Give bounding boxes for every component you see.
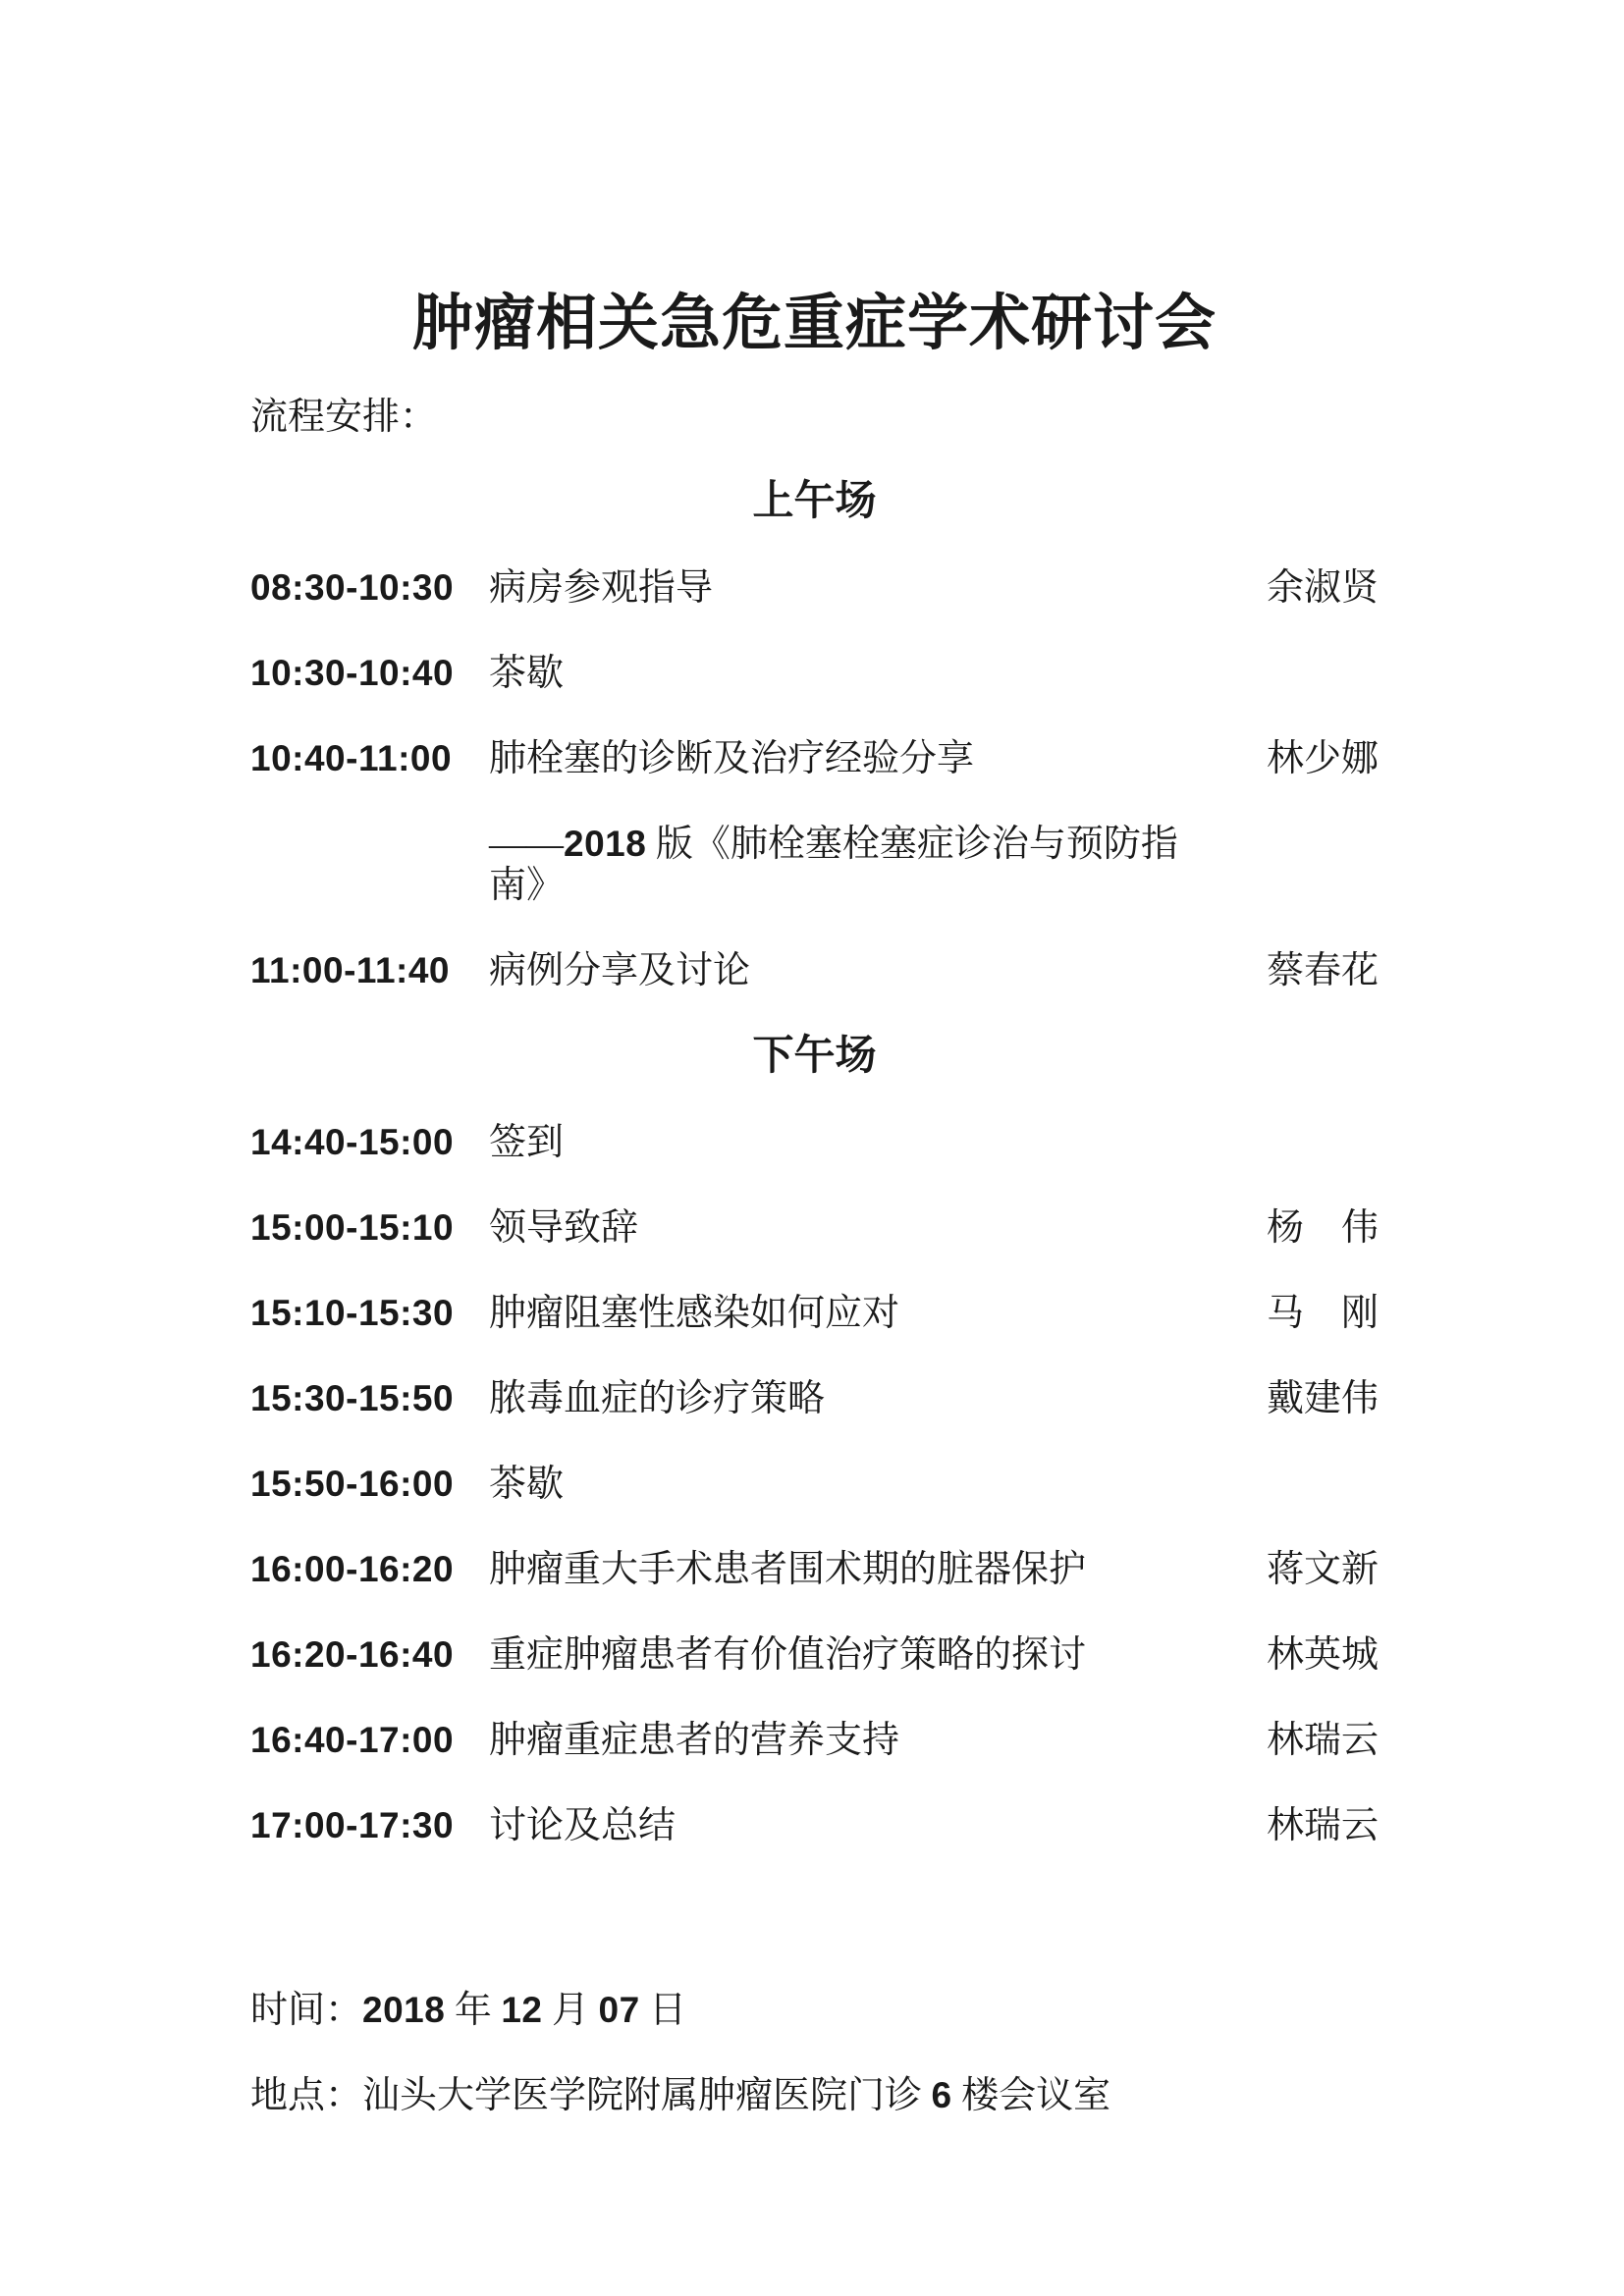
time-slot: 15:10-15:30 — [250, 1293, 489, 1334]
schedule-row: 11:00-11:40 病例分享及讨论 蔡春花 — [250, 950, 1379, 991]
schedule-row: 14:40-15:00 签到 — [250, 1122, 1379, 1163]
topic: 重症肿瘤患者有价值治疗策略的探讨 — [489, 1634, 1217, 1676]
schedule-row: ——2018 版《肺栓塞栓塞症诊治与预防指南》 — [250, 824, 1379, 906]
schedule-row: 15:50-16:00 茶歇 — [250, 1464, 1379, 1505]
time-slot: 15:30-15:50 — [250, 1378, 489, 1419]
numeric-text: 07 — [599, 1990, 640, 2030]
speaker: 蒋文新 — [1217, 1549, 1379, 1590]
time-slot: 16:00-16:20 — [250, 1549, 489, 1590]
time-slot: 14:40-15:00 — [250, 1122, 489, 1163]
topic: 领导致辞 — [489, 1207, 1217, 1249]
schedule-row: 17:00-17:30 讨论及总结 林瑞云 — [250, 1805, 1379, 1846]
topic: 茶歇 — [489, 1464, 1217, 1505]
event-place-label: 地点： — [250, 2075, 362, 2116]
topic: 肺栓塞的诊断及治疗经验分享 — [489, 738, 1217, 779]
speaker: 林英城 — [1217, 1634, 1379, 1676]
event-time-value: 2018 年 12 月 07 日 — [362, 1990, 686, 2031]
speaker: 林瑞云 — [1217, 1805, 1379, 1846]
event-place-line: 地点：汕头大学医学院附属肿瘤医院门诊 6 楼会议室 — [250, 2075, 1379, 2116]
event-time-line: 时间：2018 年 12 月 07 日 — [250, 1990, 1379, 2031]
time-slot: 08:30-10:30 — [250, 567, 489, 609]
schedule-row: 16:00-16:20 肿瘤重大手术患者围术期的脏器保护 蒋文新 — [250, 1549, 1379, 1590]
speaker: 戴建伟 — [1217, 1378, 1379, 1419]
time-slot: 17:00-17:30 — [250, 1805, 489, 1846]
topic: 脓毒血症的诊疗策略 — [489, 1378, 1217, 1419]
schedule-row: 16:20-16:40 重症肿瘤患者有价值治疗策略的探讨 林英城 — [250, 1634, 1379, 1676]
speaker: 杨 伟 — [1217, 1207, 1379, 1249]
speaker: 余淑贤 — [1217, 567, 1379, 609]
time-slot: 10:40-11:00 — [250, 738, 489, 779]
schedule-row: 15:30-15:50 脓毒血症的诊疗策略 戴建伟 — [250, 1378, 1379, 1419]
speaker: 马 刚 — [1217, 1293, 1379, 1334]
numeric-text: 12 — [501, 1990, 542, 2030]
speaker: 林少娜 — [1217, 738, 1379, 779]
session-header: 上午场 — [250, 481, 1379, 522]
schedule-row: 15:10-15:30 肿瘤阻塞性感染如何应对 马 刚 — [250, 1293, 1379, 1334]
topic: ——2018 版《肺栓塞栓塞症诊治与预防指南》 — [489, 824, 1217, 906]
topic: 肿瘤阻塞性感染如何应对 — [489, 1293, 1217, 1334]
time-slot: 16:40-17:00 — [250, 1720, 489, 1761]
time-slot: 16:20-16:40 — [250, 1634, 489, 1676]
schedule-row: 15:00-15:10 领导致辞 杨 伟 — [250, 1207, 1379, 1249]
document-page: 肿瘤相关急危重症学术研讨会 流程安排： 上午场 08:30-10:30 病房参观… — [0, 0, 1624, 2296]
topic: 病例分享及讨论 — [489, 950, 1217, 991]
topic: 肿瘤重症患者的营养支持 — [489, 1720, 1217, 1761]
numeric-text: 6 — [932, 2075, 952, 2115]
numeric-text: 2018 — [564, 824, 646, 864]
schedule-row: 16:40-17:00 肿瘤重症患者的营养支持 林瑞云 — [250, 1720, 1379, 1761]
time-slot: 15:00-15:10 — [250, 1207, 489, 1249]
topic: 肿瘤重大手术患者围术期的脏器保护 — [489, 1549, 1217, 1590]
page-title: 肿瘤相关急危重症学术研讨会 — [250, 290, 1379, 359]
intro-label: 流程安排： — [250, 397, 1379, 438]
footer: 时间：2018 年 12 月 07 日 地点：汕头大学医学院附属肿瘤医院门诊 6… — [250, 1990, 1379, 2116]
numeric-text: 2018 — [362, 1990, 445, 2030]
time-slot: 15:50-16:00 — [250, 1464, 489, 1505]
topic: 签到 — [489, 1122, 1217, 1163]
schedule-row: 10:30-10:40 茶歇 — [250, 653, 1379, 694]
event-time-label: 时间： — [250, 1990, 362, 2031]
event-place-value: 汕头大学医学院附属肿瘤医院门诊 6 楼会议室 — [362, 2075, 1110, 2116]
speaker: 林瑞云 — [1217, 1720, 1379, 1761]
time-slot: 11:00-11:40 — [250, 950, 489, 991]
schedule-row: 08:30-10:30 病房参观指导 余淑贤 — [250, 567, 1379, 609]
speaker: 蔡春花 — [1217, 950, 1379, 991]
topic: 茶歇 — [489, 653, 1217, 694]
topic: 讨论及总结 — [489, 1805, 1217, 1846]
session-header: 下午场 — [250, 1036, 1379, 1077]
schedule-row: 10:40-11:00 肺栓塞的诊断及治疗经验分享 林少娜 — [250, 738, 1379, 779]
topic: 病房参观指导 — [489, 567, 1217, 609]
schedule: 上午场 08:30-10:30 病房参观指导 余淑贤 10:30-10:40 茶… — [250, 481, 1379, 1846]
time-slot: 10:30-10:40 — [250, 653, 489, 694]
